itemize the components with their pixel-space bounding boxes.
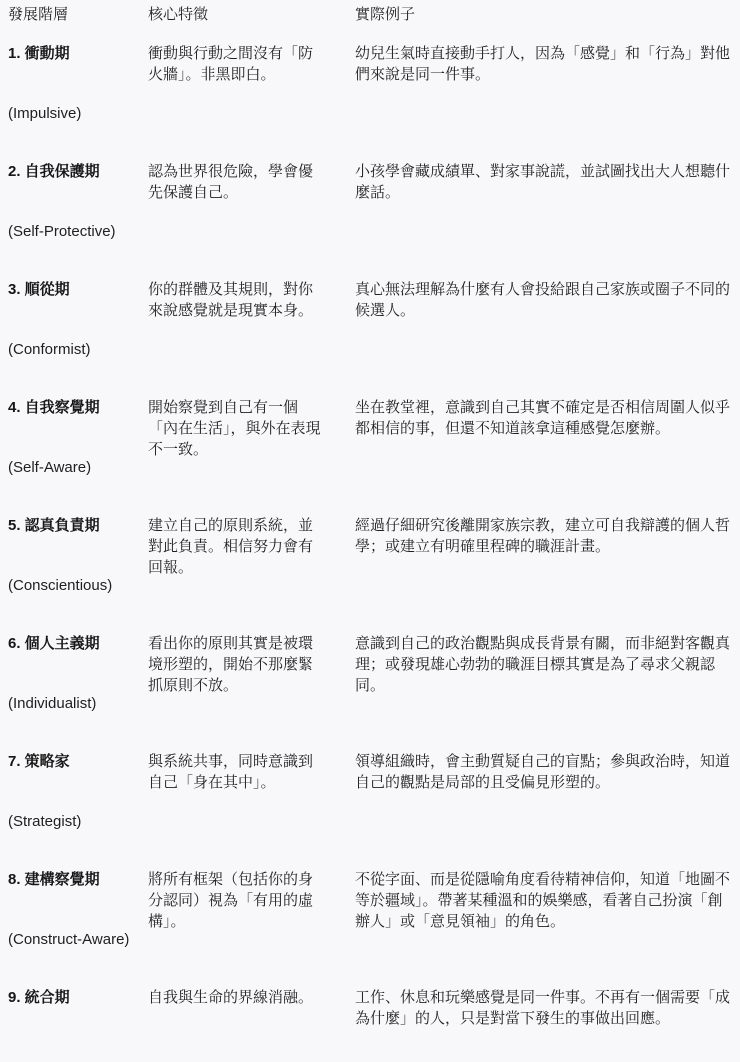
stage-cell: 4. 自我察覺期 (Self-Aware) xyxy=(8,397,148,478)
core-trait-text: 看出你的原則其實是被環境形塑的，開始不那麼緊抓原則不放。 xyxy=(148,633,355,714)
table-row-self-aware: 4. 自我察覺期 (Self-Aware) 開始察覺到自己有一個「內在生活」，與… xyxy=(8,397,732,478)
core-trait-text: 建立自己的原則系統，並對此負責。相信努力會有回報。 xyxy=(148,515,355,596)
stage-name: 3. 順從期 xyxy=(8,279,134,300)
stage-cell: 9. 統合期 xyxy=(8,987,148,1047)
example-text: 坐在教堂裡，意識到自己其實不確定是否相信周圍人似乎都相信的事，但還不知道該拿這種… xyxy=(355,397,732,478)
example-text: 真心無法理解為什麼有人會投給跟自己家族或圈子不同的候選人。 xyxy=(355,279,732,360)
stage-cell: 1. 衝動期 (Impulsive) xyxy=(8,43,148,124)
core-trait-text: 將所有框架（包括你的身分認同）視為「有用的虛構」。 xyxy=(148,869,355,950)
stage-name: 6. 個人主義期 xyxy=(8,633,134,654)
table-row-conscientious: 5. 認真負責期 (Conscientious) 建立自己的原則系統，並對此負責… xyxy=(8,515,732,596)
stage-name: 1. 衝動期 xyxy=(8,43,134,64)
core-trait-text: 與系統共事，同時意識到自己「身在其中」。 xyxy=(148,751,355,832)
stage-name: 8. 建構察覺期 xyxy=(8,869,134,890)
stage-name: 4. 自我察覺期 xyxy=(8,397,134,418)
column-header-example: 實際例子 xyxy=(355,4,732,25)
stage-cell: 8. 建構察覺期 (Construct-Aware) xyxy=(8,869,148,950)
stage-name: 9. 統合期 xyxy=(8,987,134,1008)
stage-cell: 5. 認真負責期 (Conscientious) xyxy=(8,515,148,596)
example-text: 不從字面、而是從隱喻角度看待精神信仰，知道「地圖不等於疆域」。帶著某種溫和的娛樂… xyxy=(355,869,732,950)
stage-name: 5. 認真負責期 xyxy=(8,515,134,536)
stage-english-name: (Construct-Aware) xyxy=(8,929,134,950)
stage-cell: 2. 自我保護期 (Self-Protective) xyxy=(8,161,148,242)
column-header-stage: 發展階層 xyxy=(8,4,148,25)
table-row-construct-aware: 8. 建構察覺期 (Construct-Aware) 將所有框架（包括你的身分認… xyxy=(8,869,732,950)
example-text: 意識到自己的政治觀點與成長背景有關，而非絕對客觀真理；或發現雄心勃勃的職涯目標其… xyxy=(355,633,732,714)
stage-name: 2. 自我保護期 xyxy=(8,161,134,182)
example-text: 經過仔細研究後離開家族宗教，建立可自我辯護的個人哲學；或建立有明確里程碑的職涯計… xyxy=(355,515,732,596)
core-trait-text: 開始察覺到自己有一個「內在生活」，與外在表現不一致。 xyxy=(148,397,355,478)
table-row-conformist: 3. 順從期 (Conformist) 你的群體及其規則，對你來說感覺就是現實本… xyxy=(8,279,732,360)
core-trait-text: 自我與生命的界線消融。 xyxy=(148,987,355,1047)
table-header-row: 發展階層 核心特徵 實際例子 xyxy=(8,4,732,25)
stage-english-name: (Strategist) xyxy=(8,811,134,832)
stage-cell: 7. 策略家 (Strategist) xyxy=(8,751,148,832)
example-text: 小孩學會藏成績單、對家事說謊，並試圖找出大人想聽什麼話。 xyxy=(355,161,732,242)
stage-name: 7. 策略家 xyxy=(8,751,134,772)
table-row-self-protective: 2. 自我保護期 (Self-Protective) 認為世界很危險，學會優先保… xyxy=(8,161,732,242)
core-trait-text: 衝動與行動之間沒有「防火牆」。非黑即白。 xyxy=(148,43,355,124)
stage-cell: 3. 順從期 (Conformist) xyxy=(8,279,148,360)
core-trait-text: 你的群體及其規則，對你來說感覺就是現實本身。 xyxy=(148,279,355,360)
stage-cell: 6. 個人主義期 (Individualist) xyxy=(8,633,148,714)
stage-english-name: (Conscientious) xyxy=(8,575,134,596)
column-header-core-trait: 核心特徵 xyxy=(148,4,355,25)
stage-english-name: (Self-Aware) xyxy=(8,457,134,478)
stage-english-name: (Self-Protective) xyxy=(8,221,134,242)
table-row-unitive: 9. 統合期 自我與生命的界線消融。 工作、休息和玩樂感覺是同一件事。不再有一個… xyxy=(8,987,732,1047)
core-trait-text: 認為世界很危險，學會優先保護自己。 xyxy=(148,161,355,242)
stage-english-name: (Individualist) xyxy=(8,693,134,714)
stage-english-name: (Impulsive) xyxy=(8,103,134,124)
table-row-individualist: 6. 個人主義期 (Individualist) 看出你的原則其實是被環境形塑的… xyxy=(8,633,732,714)
development-stages-table: 發展階層 核心特徵 實際例子 1. 衝動期 (Impulsive) 衝動與行動之… xyxy=(0,0,740,1047)
example-text: 領導組織時，會主動質疑自己的盲點；參與政治時，知道自己的觀點是局部的且受偏見形塑… xyxy=(355,751,732,832)
example-text: 工作、休息和玩樂感覺是同一件事。不再有一個需要「成為什麼」的人，只是對當下發生的… xyxy=(355,987,732,1047)
table-row-impulsive: 1. 衝動期 (Impulsive) 衝動與行動之間沒有「防火牆」。非黑即白。 … xyxy=(8,43,732,124)
table-row-strategist: 7. 策略家 (Strategist) 與系統共事，同時意識到自己「身在其中」。… xyxy=(8,751,732,832)
stage-english-name: (Conformist) xyxy=(8,339,134,360)
example-text: 幼兒生氣時直接動手打人，因為「感覺」和「行為」對他們來說是同一件事。 xyxy=(355,43,732,124)
